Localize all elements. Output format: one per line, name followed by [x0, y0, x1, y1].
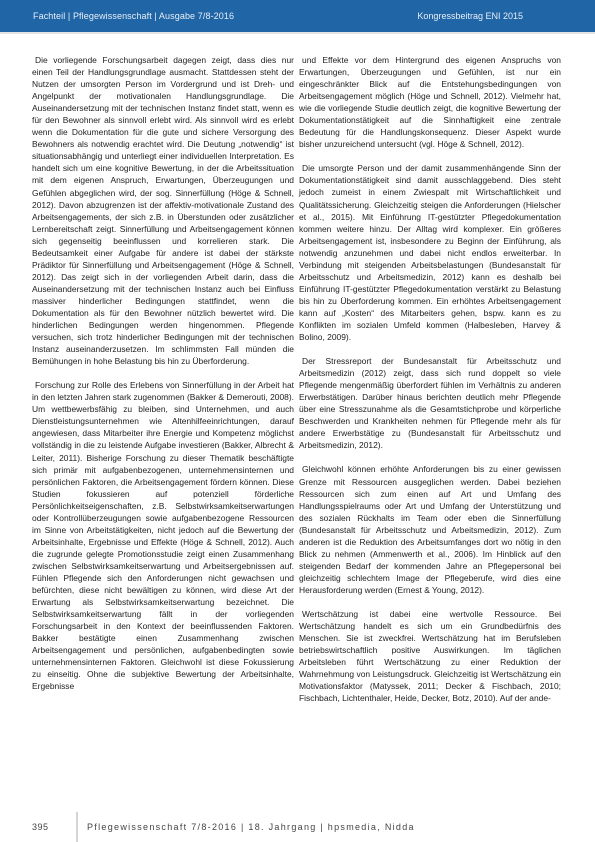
page-number: 395	[32, 822, 49, 832]
paragraph: Der Stressreport der Bundesanstalt für A…	[299, 355, 561, 451]
paragraph: Die umsorgte Person und der damit zusamm…	[299, 162, 561, 343]
section-label: Fachteil | Pflegewissenschaft | Ausgabe …	[33, 11, 234, 21]
footer-divider	[76, 812, 78, 842]
page-footer: 395 Pflegewissenschaft 7/8-2016 | 18. Ja…	[0, 812, 595, 842]
header-divider	[0, 32, 595, 34]
paragraph: und Effekte vor dem Hintergrund des eige…	[299, 54, 561, 150]
page-header: Fachteil | Pflegewissenschaft | Ausgabe …	[0, 0, 595, 32]
publication-info: Pflegewissenschaft 7/8-2016 | 18. Jahrga…	[87, 822, 415, 832]
left-column: Die vorliegende Forschungsarbeit dagegen…	[32, 54, 294, 704]
article-type-label: Kongressbeitrag ENI 2015	[417, 11, 523, 21]
paragraph: Die vorliegende Forschungsarbeit dagegen…	[32, 54, 294, 367]
paragraph: Wertschätzung ist dabei eine wertvolle R…	[299, 608, 561, 704]
paragraph: Gleichwohl können erhöhte Anforderungen …	[299, 463, 561, 596]
paragraph: Forschung zur Rolle des Erlebens von Sin…	[32, 379, 294, 692]
right-column: und Effekte vor dem Hintergrund des eige…	[299, 54, 561, 716]
